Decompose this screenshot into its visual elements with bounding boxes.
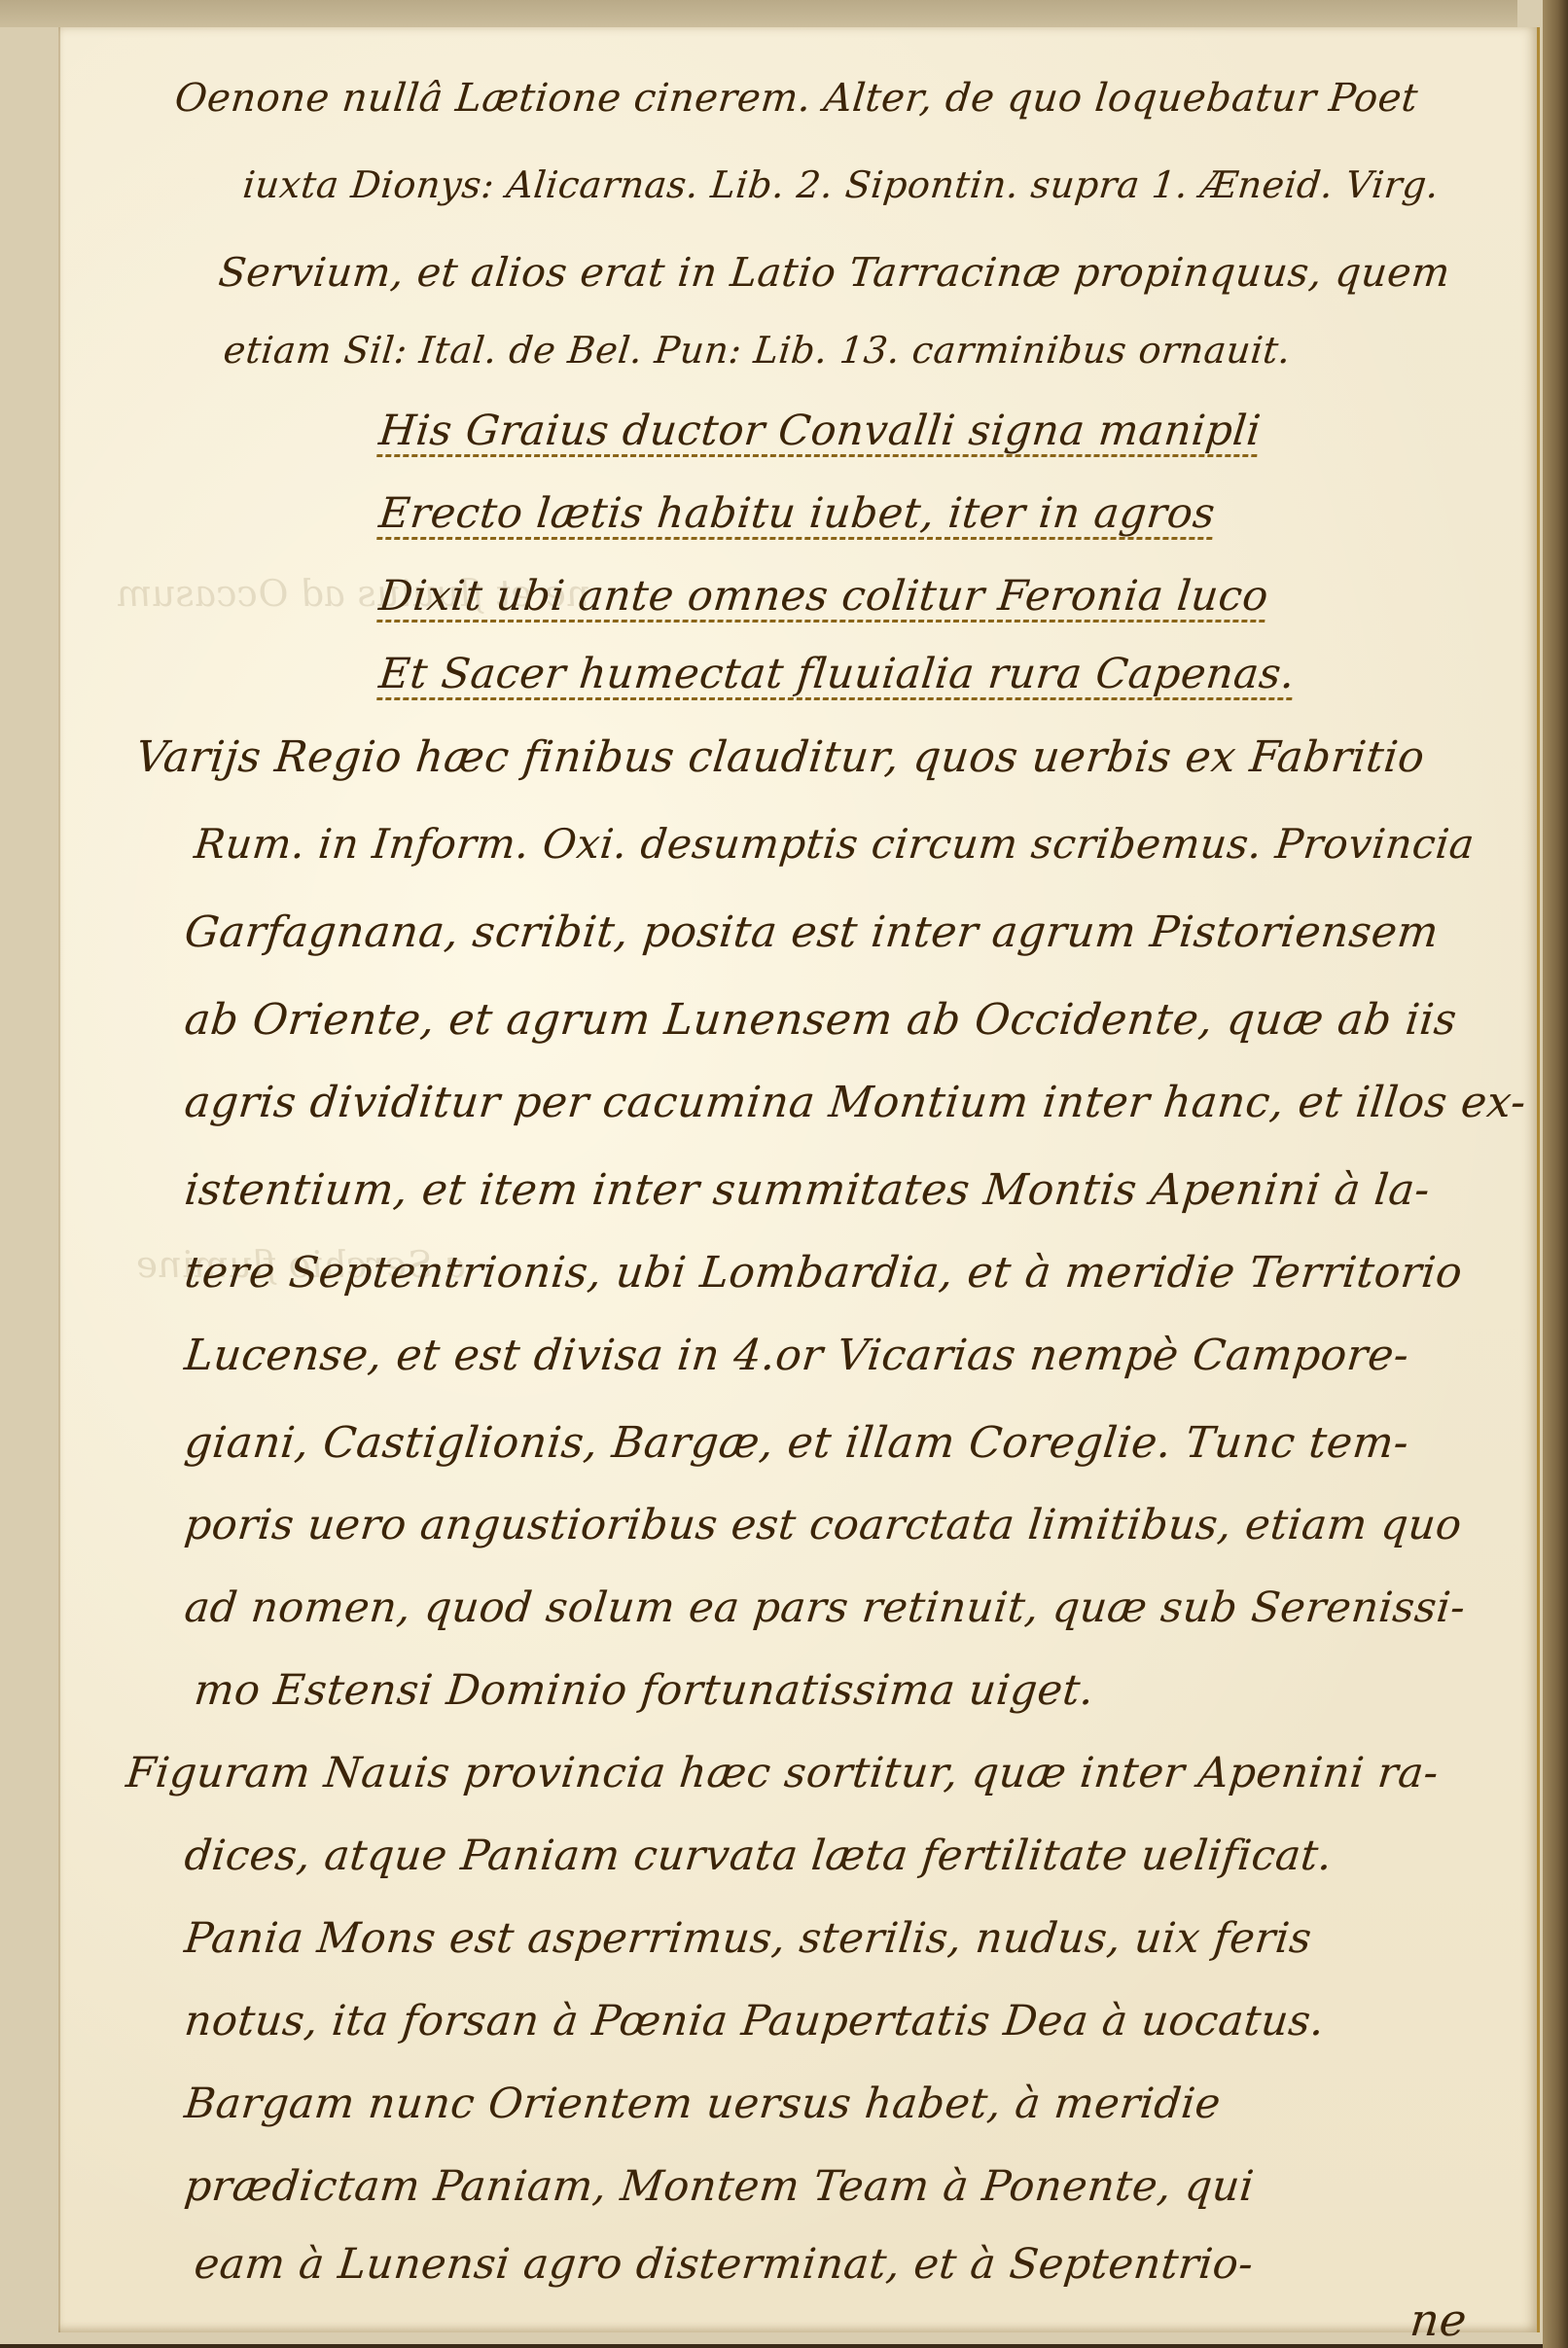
text-line-26: prædictam Paniam, Montem Team à Ponente,…: [182, 2162, 1256, 2211]
verse-line-4: Et Sacer humectat fluuialia rura Capenas…: [376, 650, 1297, 698]
text-line-19: ad nomen, quod solum ea pars retinuit, q…: [182, 1583, 1468, 1632]
text-line-23: Pania Mons est asperrimus, sterilis, nud…: [182, 1914, 1313, 1963]
text-line-21: Figuram Nauis provincia hæc sortitur, qu…: [124, 1749, 1441, 1797]
text-line-3: Servium, et alios erat in Latio Tarracin…: [216, 249, 1452, 296]
catchword: ne: [1408, 2294, 1470, 2346]
verse-line-3: Dixit ubi ante omnes colitur Feronia luc…: [376, 572, 1270, 621]
text-line-17: giani, Castiglionis, Bargæ, et illam Cor…: [182, 1418, 1411, 1468]
text-line-27: eam à Lunensi agro disterminat, et à Sep…: [192, 2240, 1256, 2289]
text-line-11: Garfagnana, scribit, posita est inter ag…: [182, 907, 1441, 957]
manuscript-text: Oenone nullâ Lætione cinerem. Alter, de …: [58, 27, 1537, 2332]
text-line-22: dices, atque Paniam curvata læta fertili…: [182, 1832, 1335, 1880]
text-line-15: tere Septentrionis, ubi Lombardia, et à …: [182, 1248, 1465, 1298]
text-line-20: mo Estensi Dominio fortunatissima uiget.: [192, 1666, 1096, 1715]
manuscript-spread: ne et fluuius ad Occasum a Serchio flumi…: [0, 0, 1568, 2348]
text-line-4: etiam Sil: Ital. de Bel. Pun: Lib. 13. c…: [222, 329, 1294, 372]
text-line-18: poris uero angustioribus est coarctata l…: [182, 1501, 1464, 1549]
manuscript-page: ne et fluuius ad Occasum a Serchio flumi…: [58, 27, 1540, 2332]
text-line-25: Bargam nunc Orientem uersus habet, à mer…: [182, 2080, 1223, 2128]
text-line-24: notus, ita forsan à Pœnia Paupertatis De…: [182, 1997, 1327, 2046]
page-fold-line: [58, 27, 60, 2332]
verse-line-1: His Graius ductor Convalli signa manipli: [376, 407, 1263, 455]
verse-line-2: Erecto lætis habitu iubet, iter in agros: [376, 489, 1217, 538]
text-line-13: agris dividitur per cacumina Montium int…: [182, 1078, 1528, 1127]
text-line-2: iuxta Dionys: Alicarnas. Lib. 2. Siponti…: [241, 163, 1442, 206]
text-line-10: Rum. in Inform. Oxi. desumptis circum sc…: [192, 820, 1477, 868]
book-spine-edge: [1543, 0, 1568, 2348]
text-line-16: Lucense, et est divisa in 4.or Vicarias …: [182, 1331, 1411, 1380]
text-line-1: Oenone nullâ Lætione cinerem. Alter, de …: [173, 76, 1420, 121]
text-line-9: Varijs Regio hæc finibus clauditur, quos…: [133, 732, 1427, 782]
text-line-14: istentium, et item inter summitates Mont…: [182, 1165, 1432, 1215]
text-line-12: ab Oriente, et agrum Lunensem ab Occiden…: [182, 995, 1459, 1045]
top-page-edge: [0, 0, 1517, 27]
